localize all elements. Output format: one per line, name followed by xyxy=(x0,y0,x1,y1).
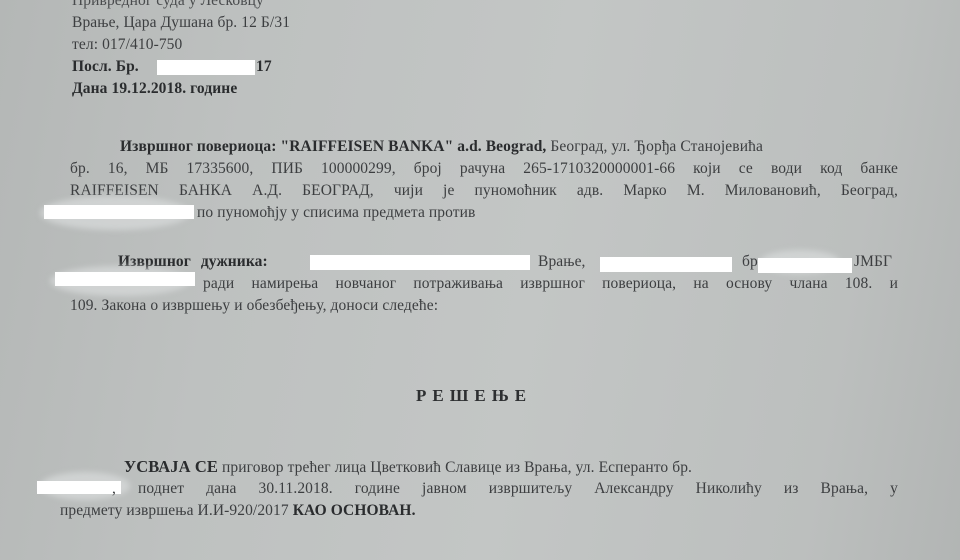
creditor-label: Извршног повериоца: xyxy=(120,138,277,155)
document-date: Дана 19.12.2018. године xyxy=(72,80,237,98)
creditor-name: "RAIFFEISEN BANKA" a.d. Beograd, xyxy=(281,138,547,155)
creditor-line-3: RAIFFEISEN БАНКА А.Д. БЕОГРАД, чији је п… xyxy=(70,182,898,200)
redaction-case-number xyxy=(157,60,255,75)
redaction-street-number xyxy=(37,481,121,494)
court-address: Врање, Цара Душана бр. 12 Б/31 xyxy=(72,14,290,32)
court-name-line: Привредног суда у Лесковцу xyxy=(72,0,264,10)
court-phone: тел: 017/410-750 xyxy=(72,36,182,54)
creditor-line-2: бр. 16, МБ 17335600, ПИБ 100000299, број… xyxy=(70,160,898,178)
decision-title: РЕШЕЊЕ xyxy=(416,386,532,406)
decision-line-1: УСВАЈА СЕ приговор трећег лица Цветковић… xyxy=(124,458,692,477)
decision-lead: УСВАЈА СЕ xyxy=(124,457,218,476)
creditor-line-4: по пуномоћју у списима предмета против xyxy=(197,204,475,222)
debtor-line-2: ради намирења новчаног потраживања изврш… xyxy=(203,275,898,293)
debtor-br-label: бр xyxy=(742,253,758,271)
redaction-debtor-number xyxy=(758,258,852,273)
creditor-address: Београд, ул. Ђорђа Станојевића xyxy=(550,138,763,155)
decision-line-3: предмету извршења И.И-920/2017 КАО ОСНОВ… xyxy=(60,502,416,520)
case-number-suffix: 17 xyxy=(256,58,272,76)
case-number-label: Посл. Бр. xyxy=(72,58,139,76)
debtor-line-3: 109. Закона о извршењу и обезбеђењу, дон… xyxy=(70,297,438,315)
debtor-city: Врање, xyxy=(538,253,586,271)
scanned-document-page: Привредног суда у Лесковцу Врање, Цара Д… xyxy=(0,0,960,560)
creditor-line-1: Извршног повериоца: "RAIFFEISEN BANKA" a… xyxy=(120,138,763,156)
debtor-jmbg-label: ЈМБГ xyxy=(854,253,892,271)
case-reference: предмету извршења И.И-920/2017 xyxy=(60,502,289,519)
redaction-debtor-name xyxy=(310,255,530,270)
redaction-debtor-address xyxy=(600,257,732,272)
redaction-debtor-jmbg xyxy=(55,272,195,286)
decision-line-1-text: приговор трећег лица Цветковић Славице и… xyxy=(222,459,692,476)
redaction-attorney-address xyxy=(44,205,194,219)
decision-line-2: , поднет дана 30.11.2018. године јавном … xyxy=(112,480,898,498)
decision-verdict: КАО ОСНОВАН. xyxy=(293,502,416,519)
